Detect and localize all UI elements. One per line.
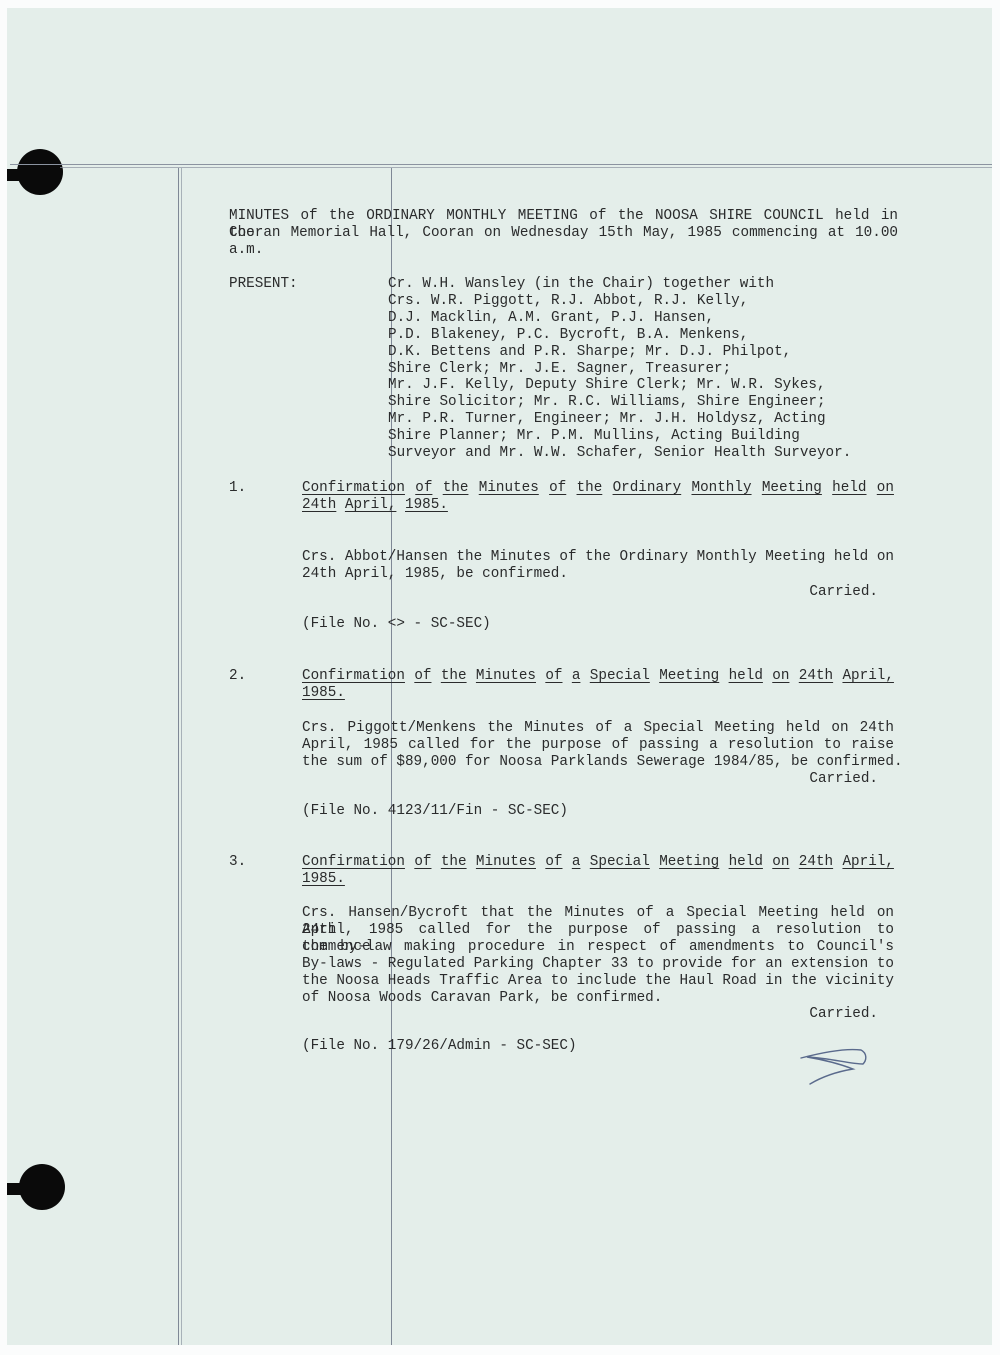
header-rule (10, 164, 992, 165)
item-result: Carried. (700, 1006, 878, 1023)
present-line: Crs. W.R. Piggott, R.J. Abbot, R.J. Kell… (388, 293, 748, 310)
item-result: Carried. (700, 584, 878, 601)
item-result: Carried. (700, 771, 878, 788)
header-rule-second (60, 167, 992, 168)
item-resolution-line: 24th April, 1985, be confirmed. (302, 566, 568, 583)
item-heading: 1985. (302, 685, 345, 702)
present-line: Shire Solicitor; Mr. R.C. Williams, Shir… (388, 394, 826, 411)
item-resolution-line: the by-law making procedure in respect o… (302, 939, 894, 956)
margin-rule-left-second (181, 168, 182, 1345)
present-line: Shire Clerk; Mr. J.E. Sagner, Treasurer; (388, 361, 731, 378)
intro-line: Cooran Memorial Hall, Cooran on Wednesda… (229, 225, 898, 242)
item-heading: Confirmation of the Minutes of the Ordin… (302, 480, 894, 497)
present-line: D.K. Bettens and P.R. Sharpe; Mr. D.J. P… (388, 344, 791, 361)
item-number: 1. (229, 480, 246, 497)
punch-hole-top-slot (7, 169, 23, 181)
item-resolution-line: April, 1985 called for the purpose of pa… (302, 737, 894, 754)
item-resolution-line: of Noosa Woods Caravan Park, be confirme… (302, 990, 662, 1007)
item-heading: 1985. (302, 871, 345, 888)
item-number: 3. (229, 854, 246, 871)
item-file-reference: (File No. <> - SC-SEC) (302, 616, 491, 633)
punch-hole-bottom-slot (7, 1183, 23, 1195)
present-line: Cr. W.H. Wansley (in the Chair) together… (388, 276, 774, 293)
item-heading: Confirmation of the Minutes of a Special… (302, 854, 894, 871)
intro-line: a.m. (229, 242, 263, 259)
item-resolution-line: By-laws - Regulated Parking Chapter 33 t… (302, 956, 894, 973)
present-label: PRESENT: (229, 276, 298, 293)
punch-hole-top (17, 149, 63, 195)
item-file-reference: (File No. 179/26/Admin - SC-SEC) (302, 1038, 577, 1055)
item-heading: Confirmation of the Minutes of a Special… (302, 668, 894, 685)
present-line: Surveyor and Mr. W.W. Schafer, Senior He… (388, 445, 851, 462)
item-heading: 24th April, 1985. (302, 497, 448, 514)
punch-hole-bottom (19, 1164, 65, 1210)
item-resolution-line: Crs. Abbot/Hansen the Minutes of the Ord… (302, 549, 894, 566)
item-file-reference: (File No. 4123/11/Fin - SC-SEC) (302, 803, 568, 820)
present-line: Shire Planner; Mr. P.M. Mullins, Acting … (388, 428, 800, 445)
present-line: P.D. Blakeney, P.C. Bycroft, B.A. Menken… (388, 327, 748, 344)
present-line: Mr. J.F. Kelly, Deputy Shire Clerk; Mr. … (388, 377, 826, 394)
margin-rule-left (178, 168, 179, 1345)
present-line: Mr. P.R. Turner, Engineer; Mr. J.H. Hold… (388, 411, 826, 428)
item-resolution-line: the Noosa Heads Traffic Area to include … (302, 973, 894, 990)
item-resolution-line: the sum of $89,000 for Noosa Parklands S… (302, 754, 903, 771)
present-line: D.J. Macklin, A.M. Grant, P.J. Hansen, (388, 310, 714, 327)
signature-initials (795, 1048, 875, 1093)
item-resolution-line: Crs. Piggott/Menkens the Minutes of a Sp… (302, 720, 894, 737)
item-number: 2. (229, 668, 246, 685)
